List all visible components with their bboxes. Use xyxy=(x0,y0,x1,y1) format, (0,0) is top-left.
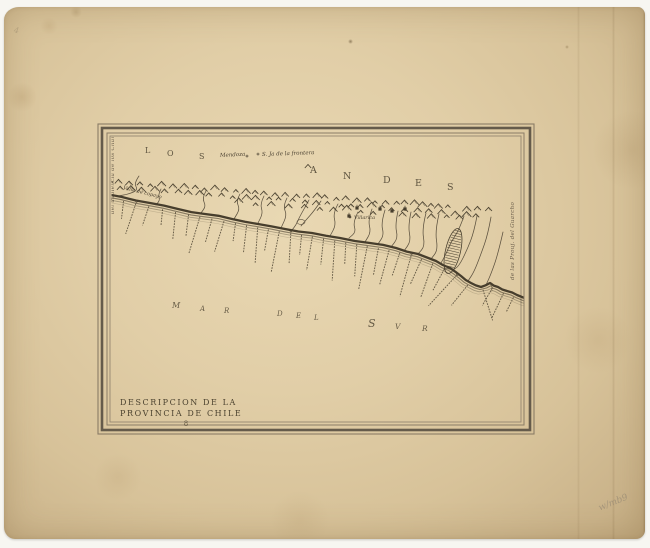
range-label-los: LOS xyxy=(145,146,204,161)
mountain-peak xyxy=(285,204,293,208)
mountain-peak xyxy=(169,184,177,189)
mountain-peak xyxy=(180,184,189,189)
river xyxy=(404,212,411,251)
frame-line xyxy=(110,136,521,422)
range-label-andes-letter: A xyxy=(309,165,317,176)
range-label-andes-letter: N xyxy=(343,171,351,182)
mountain-peak xyxy=(418,202,428,207)
mountain-peak xyxy=(233,190,238,193)
coastal-label-mark xyxy=(492,293,504,318)
mountain-peak xyxy=(438,210,446,214)
lake-hatch xyxy=(445,258,457,261)
coastal-label-mark xyxy=(400,256,411,297)
mountain-peak xyxy=(125,181,133,185)
coastal-label-mark xyxy=(186,215,189,237)
mountain-peak xyxy=(462,206,471,211)
andes-mountain-range xyxy=(103,164,492,219)
coastal-label-mark xyxy=(380,250,390,285)
lake-hatch xyxy=(451,237,461,239)
sea-label-mar-del-svr-letter: R xyxy=(223,307,230,315)
mountain-peak xyxy=(293,194,300,198)
mountain-peak xyxy=(352,198,361,203)
coastal-label-mark xyxy=(452,285,468,305)
map-engraving: LOSANDESMARDELSVRMendozaS. Ja de la fron… xyxy=(0,0,650,548)
sea-label-mar-del-svr-letter: E xyxy=(295,312,301,320)
mountain-peak xyxy=(445,205,450,208)
mountain-peak xyxy=(428,203,434,206)
coastal-label-mark xyxy=(429,276,456,305)
lake-hatch xyxy=(448,245,460,248)
mountain-peak xyxy=(399,212,407,216)
coastal-label-mark xyxy=(410,259,422,285)
scanned-map-sheet: LOSANDESMARDELSVRMendozaS. Ja de la fron… xyxy=(0,0,650,548)
mountain-peak xyxy=(410,200,419,205)
mountain-peak xyxy=(451,211,460,216)
mountain-peak xyxy=(276,197,281,200)
mountain-peak xyxy=(364,198,370,202)
mountain-peak xyxy=(242,195,251,200)
mountain-peak xyxy=(103,178,112,183)
mountain-peak xyxy=(235,198,244,203)
coastal-label-mark xyxy=(271,232,279,273)
mountain-peak xyxy=(196,191,205,196)
coast-shading xyxy=(96,200,528,308)
mountain-peak xyxy=(333,197,339,200)
mountain-peak xyxy=(425,209,432,213)
mountain-peak xyxy=(161,189,168,193)
city-symbol xyxy=(403,207,406,210)
coastal-label-mark xyxy=(483,290,493,321)
mountain-peak xyxy=(303,194,310,198)
mountain-peak xyxy=(272,193,279,197)
mountain-peak xyxy=(184,190,192,194)
sea-label-mar-del-svr-letter: S xyxy=(368,317,376,330)
coastal-label-mark xyxy=(189,217,200,253)
mountain-peak xyxy=(201,188,207,192)
city-symbol xyxy=(355,206,358,209)
mountain-peak xyxy=(206,193,212,197)
river xyxy=(292,200,309,230)
mountain-peak xyxy=(474,206,481,210)
title-line-2: PROVINCIA DE CHILE xyxy=(120,409,252,420)
mountain-peak xyxy=(290,198,296,201)
mountain-peak xyxy=(252,190,258,193)
mountain-peak xyxy=(485,207,492,211)
lake-hatch xyxy=(446,255,458,258)
river xyxy=(418,213,426,254)
mountain-peak xyxy=(348,204,354,207)
mountain-peak xyxy=(251,195,260,200)
range-label-los-letter: L xyxy=(145,146,151,155)
city-symbol xyxy=(390,209,393,212)
mountain-peak xyxy=(473,214,480,218)
mountain-peak xyxy=(221,188,228,192)
river xyxy=(391,211,398,247)
coastal-label-mark xyxy=(300,235,302,255)
mountain-peak xyxy=(267,202,275,207)
mountain-peak xyxy=(321,195,328,199)
mountain-peak xyxy=(175,189,182,193)
mountain-peak xyxy=(325,202,330,205)
mountain-peak xyxy=(157,181,166,186)
mountain-peak xyxy=(434,204,443,209)
mountain-peak xyxy=(394,201,400,204)
mountain-peak xyxy=(210,185,219,190)
frame-line xyxy=(107,133,524,425)
mountain-peak xyxy=(260,191,267,195)
river xyxy=(378,210,385,244)
mountain-peak xyxy=(150,186,159,191)
edge-label-right: de las Prouj. del Guarcho xyxy=(510,202,516,280)
mountain-peak xyxy=(192,185,199,189)
mountain-peak xyxy=(382,201,389,205)
mountain-peak xyxy=(282,192,289,196)
river xyxy=(486,232,503,285)
mountain-peak xyxy=(218,193,224,197)
coastal-label-mark xyxy=(265,230,269,252)
lake-hatch xyxy=(447,247,459,250)
coastal-label-mark xyxy=(307,237,313,271)
mountain-peak xyxy=(462,212,471,217)
coastal-label-mark xyxy=(143,206,149,225)
range-label-andes-letter: S xyxy=(447,182,454,193)
title-line-1: DESCRIPCION DE LA xyxy=(120,398,252,409)
mountain-peak xyxy=(414,208,422,212)
coastal-label-mark xyxy=(332,241,335,281)
coastal-label-mark xyxy=(233,223,235,241)
mountain-peak xyxy=(342,196,350,200)
lake-hatch xyxy=(452,235,461,237)
mountain-peak xyxy=(339,204,345,207)
lake-hatch xyxy=(445,263,455,265)
mountain-peak xyxy=(137,182,143,185)
mountain-peak xyxy=(253,203,258,206)
coastal-label-mark xyxy=(255,228,258,264)
range-label-andes-letter: E xyxy=(415,178,422,189)
river xyxy=(468,217,491,281)
range-label-andes-letter: D xyxy=(383,175,391,186)
place-dot xyxy=(257,153,259,155)
coastal-label-mark xyxy=(215,221,224,252)
mountain-peak xyxy=(313,193,322,198)
mountain-peak xyxy=(412,213,420,218)
place-label: Mendoza xyxy=(219,152,246,159)
river xyxy=(453,216,477,270)
place-label: S. Ja de la frontera xyxy=(262,150,315,158)
edge-label-left: del audiencia de los Charcas xyxy=(110,126,116,214)
range-label-andes: ANDES xyxy=(309,165,454,193)
place-label: Villarica xyxy=(354,215,375,221)
mountain-peak xyxy=(267,197,272,200)
mountain-peak xyxy=(427,214,436,219)
coastal-label-mark xyxy=(345,243,346,265)
sea-label-mar-del-svr-letter: R xyxy=(421,324,428,333)
lake xyxy=(441,227,466,275)
mountain-peak xyxy=(444,215,450,218)
lake-hatch xyxy=(445,260,456,263)
river-island xyxy=(297,220,305,225)
mountain-peak xyxy=(367,202,377,207)
river xyxy=(431,214,439,259)
title-ornament: 8 xyxy=(120,419,252,430)
sea-label-mar-del-svr-letter: V xyxy=(395,322,402,331)
lake-hatch xyxy=(446,252,458,255)
coastal-label-mark xyxy=(433,269,444,290)
harbor-dot xyxy=(456,274,458,276)
coastal-label-mark xyxy=(122,201,124,219)
sea-label-mar-del-svr-letter: L xyxy=(313,314,319,322)
mountain-peak xyxy=(230,196,235,199)
sea-label-mar-del-svr-letter: D xyxy=(276,310,283,318)
lake-hatch xyxy=(447,250,459,253)
map-content: LOSANDESMARDELSVRMendozaS. Ja de la fron… xyxy=(96,126,531,333)
map-title-cartouche: DESCRIPCION DE LA PROVINCIA DE CHILE 8 xyxy=(120,398,252,430)
coastal-label-mark xyxy=(373,248,378,276)
sea-label-mar-del-svr-letter: A xyxy=(199,305,205,313)
coastal-label-mark xyxy=(161,209,163,225)
city-symbol xyxy=(378,207,381,210)
river xyxy=(258,196,264,223)
lake-outline xyxy=(441,227,466,275)
mountain-peak xyxy=(358,210,363,213)
mountain-peak xyxy=(317,207,323,210)
mountain-peak xyxy=(401,200,408,204)
range-label-los-letter: S xyxy=(199,152,204,161)
coastal-label-mark xyxy=(421,264,433,298)
sea-label-mar-del-svr-letter: M xyxy=(171,301,181,310)
river xyxy=(281,198,287,228)
coastal-label-mark xyxy=(359,246,368,289)
coastline xyxy=(96,192,531,307)
range-label-los-letter: O xyxy=(167,149,174,158)
place-dot xyxy=(246,155,248,157)
mountain-peak xyxy=(242,189,251,194)
sea-label-mar-del-svr: MARDELSVR xyxy=(171,301,428,333)
mountain-peak xyxy=(148,184,153,187)
